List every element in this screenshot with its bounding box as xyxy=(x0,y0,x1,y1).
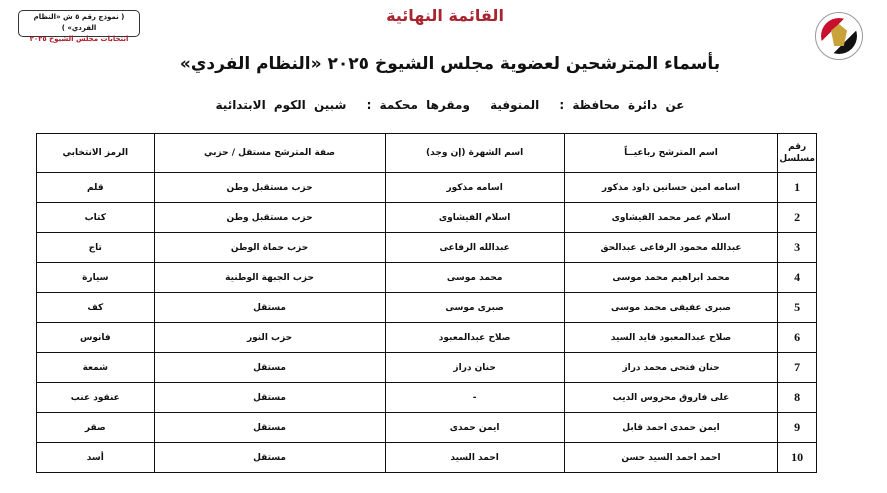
header-nickname: اسم الشهرة (إن وجد) xyxy=(385,134,564,173)
cell-name: ايمن حمدى احمد قابل xyxy=(564,413,778,443)
form-number-box: ( نموذج رقم ٥ ش «النظام الفردي» ) انتخاب… xyxy=(18,10,140,37)
district-info: عن دائرة محافظة : المنوفية ومقرها محكمة … xyxy=(150,98,750,112)
table-row: 5صبرى عفيفى محمد موسىصبرى موسىمستقلكف xyxy=(37,293,817,323)
cell-name: على فاروق محروس الديب xyxy=(564,383,778,413)
cell-nickname: - xyxy=(385,383,564,413)
cell-symbol: كتاب xyxy=(37,203,155,233)
cell-status: حزب النور xyxy=(154,323,385,353)
page-title: بأسماء المترشحين لعضوية مجلس الشيوخ ٢٠٢٥… xyxy=(150,54,750,74)
cell-nickname: حنان دراز xyxy=(385,353,564,383)
cell-nickname: اسامه مذكور xyxy=(385,173,564,203)
cell-num: 4 xyxy=(778,263,817,293)
cell-nickname: صلاح عبدالمعبود xyxy=(385,323,564,353)
header-status: صفة المترشح مستقل / حزبي xyxy=(154,134,385,173)
table-row: 10احمد احمد السيد حسناحمد السيدمستقلأسد xyxy=(37,443,817,473)
cell-nickname: عبدالله الرفاعى xyxy=(385,233,564,263)
cell-status: مستقل xyxy=(154,293,385,323)
cell-symbol: عنقود عنب xyxy=(37,383,155,413)
cell-nickname: ايمن حمدى xyxy=(385,413,564,443)
cell-status: حزب حماة الوطن xyxy=(154,233,385,263)
court-value: شبين الكوم الابتدائية xyxy=(216,98,347,112)
cell-status: مستقل xyxy=(154,413,385,443)
cell-name: محمد ابراهيم محمد موسى xyxy=(564,263,778,293)
cell-nickname: اسلام الفيشاوى xyxy=(385,203,564,233)
table-row: 6صلاح عبدالمعبود فايد السيدصلاح عبدالمعب… xyxy=(37,323,817,353)
cell-name: صبرى عفيفى محمد موسى xyxy=(564,293,778,323)
district-label: عن دائرة محافظة : xyxy=(559,98,684,112)
cell-symbol: صقر xyxy=(37,413,155,443)
header-num: رقم مسلسل xyxy=(778,134,817,173)
cell-nickname: محمد موسى xyxy=(385,263,564,293)
cell-symbol: فانوس xyxy=(37,323,155,353)
table-header-row: رقم مسلسل اسم المترشح رباعيــاً اسم الشه… xyxy=(37,134,817,173)
final-list-title: القائمة النهائية xyxy=(300,6,590,25)
cell-nickname: احمد السيد xyxy=(385,443,564,473)
cell-num: 2 xyxy=(778,203,817,233)
candidates-table: رقم مسلسل اسم المترشح رباعيــاً اسم الشه… xyxy=(36,133,817,473)
cell-symbol: تاج xyxy=(37,233,155,263)
election-authority-logo-icon xyxy=(815,12,863,60)
court-label: ومقرها محكمة : xyxy=(367,98,470,112)
cell-symbol: قلم xyxy=(37,173,155,203)
cell-name: حنان فتحى محمد دراز xyxy=(564,353,778,383)
cell-name: احمد احمد السيد حسن xyxy=(564,443,778,473)
cell-name: اسلام عمر محمد الفيشاوى xyxy=(564,203,778,233)
cell-num: 1 xyxy=(778,173,817,203)
cell-symbol: أسد xyxy=(37,443,155,473)
cell-name: عبدالله محمود الرفاعى عبدالحق xyxy=(564,233,778,263)
cell-status: مستقل xyxy=(154,443,385,473)
election-label: انتخابات مجلس الشيوخ ٢٠٢٥ xyxy=(19,34,139,45)
table-row: 4محمد ابراهيم محمد موسىمحمد موسىحزب الجب… xyxy=(37,263,817,293)
table-row: 3عبدالله محمود الرفاعى عبدالحقعبدالله ال… xyxy=(37,233,817,263)
cell-name: صلاح عبدالمعبود فايد السيد xyxy=(564,323,778,353)
table-row: 8على فاروق محروس الديب-مستقلعنقود عنب xyxy=(37,383,817,413)
cell-num: 6 xyxy=(778,323,817,353)
header-symbol: الرمز الانتخابي xyxy=(37,134,155,173)
cell-num: 3 xyxy=(778,233,817,263)
cell-num: 7 xyxy=(778,353,817,383)
governorate-value: المنوفية xyxy=(490,98,539,112)
cell-name: اسامه امين حسانين داود مذكور xyxy=(564,173,778,203)
cell-status: حزب مستقبل وطن xyxy=(154,173,385,203)
table-row: 7حنان فتحى محمد درازحنان درازمستقلشمعة xyxy=(37,353,817,383)
form-number-label: ( نموذج رقم ٥ ش «النظام الفردي» ) xyxy=(19,12,139,34)
cell-symbol: سيارة xyxy=(37,263,155,293)
cell-symbol: كف xyxy=(37,293,155,323)
cell-nickname: صبرى موسى xyxy=(385,293,564,323)
header-name: اسم المترشح رباعيــاً xyxy=(564,134,778,173)
cell-num: 9 xyxy=(778,413,817,443)
table-row: 2اسلام عمر محمد الفيشاوىاسلام الفيشاوىحز… xyxy=(37,203,817,233)
cell-status: حزب مستقبل وطن xyxy=(154,203,385,233)
table-row: 1اسامه امين حسانين داود مذكوراسامه مذكور… xyxy=(37,173,817,203)
table-row: 9ايمن حمدى احمد قابلايمن حمدىمستقلصقر xyxy=(37,413,817,443)
cell-status: مستقل xyxy=(154,383,385,413)
cell-num: 8 xyxy=(778,383,817,413)
cell-symbol: شمعة xyxy=(37,353,155,383)
cell-num: 10 xyxy=(778,443,817,473)
cell-status: حزب الجبهة الوطنية xyxy=(154,263,385,293)
cell-num: 5 xyxy=(778,293,817,323)
cell-status: مستقل xyxy=(154,353,385,383)
